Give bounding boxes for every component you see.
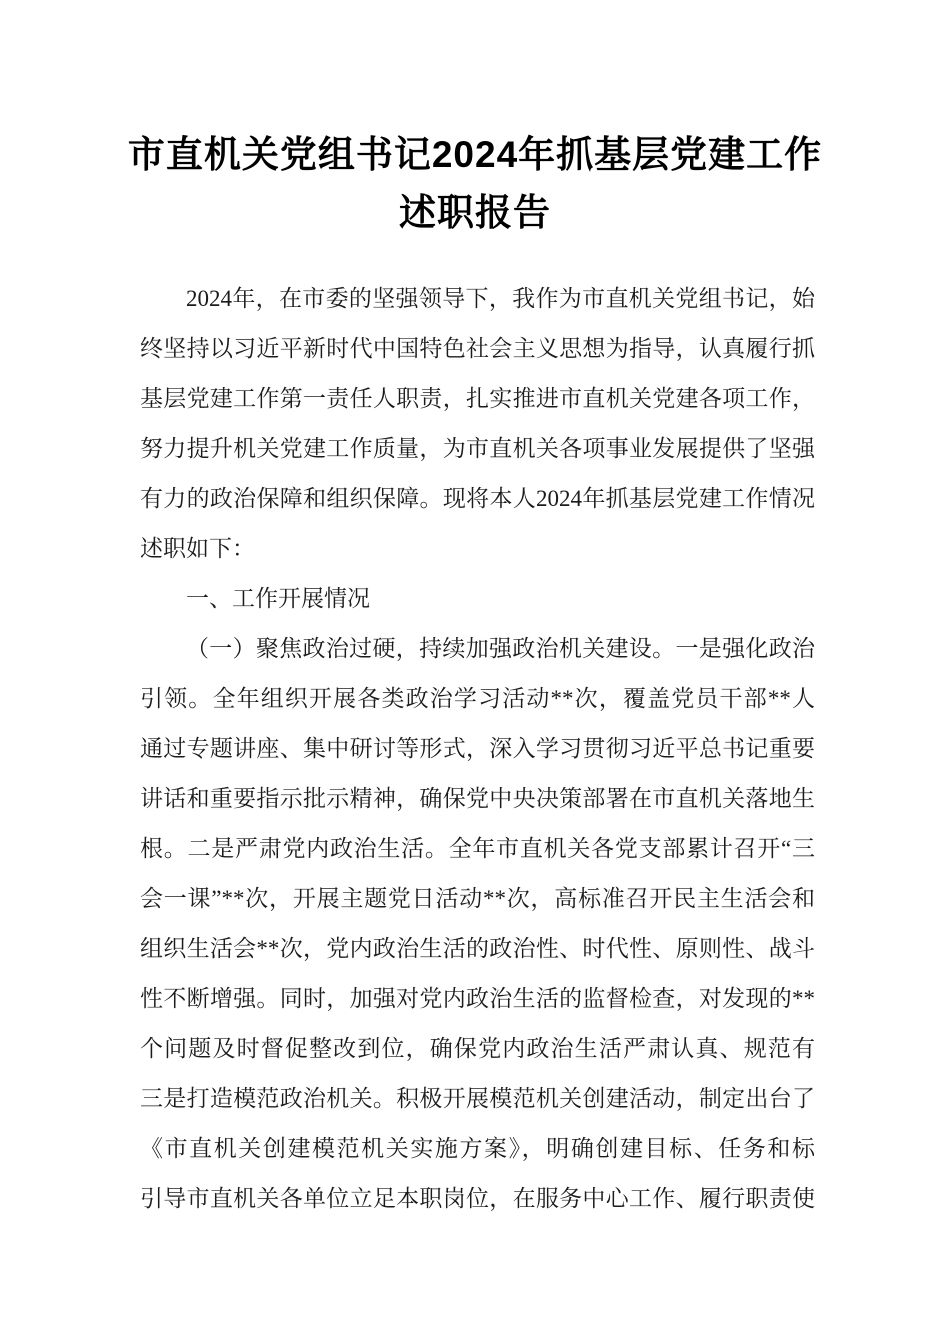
document-line: 基层党建工作第一责任人职责，扎实推进市直机关党建各项工作， [140,374,815,424]
document-line: 2024年，在市委的坚强领导下，我作为市直机关党组书记，始 [140,274,815,324]
document-line: 一、工作开展情况 [140,574,815,624]
document-line: （一）聚焦政治过硬，持续加强政治机关建设。一是强化政治 [140,624,815,674]
paragraph-section-1-heading: 一、工作开展情况 [140,574,815,624]
document-line: 述职如下： [140,524,815,574]
document-line: 组织生活会**次，党内政治生活的政治性、时代性、原则性、战斗 [140,924,815,974]
document-line: 有力的政治保障和组织保障。现将本人2024年抓基层党建工作情况 [140,474,815,524]
document-line: 个问题及时督促整改到位，确保党内政治生活严肃认真、规范有序。 [140,1024,815,1074]
document-line: 根。二是严肃党内政治生活。全年市直机关各党支部累计召开“三 [140,824,815,874]
paragraph-section-1-1: （一）聚焦政治过硬，持续加强政治机关建设。一是强化政治引领。全年组织开展各类政治… [140,624,815,1224]
document-line: 会一课”**次，开展主题党日活动**次，高标准召开民主生活会和 [140,874,815,924]
document-line: 努力提升机关党建工作质量，为市直机关各项事业发展提供了坚强 [140,424,815,474]
document-line: 引导市直机关各单位立足本职岗位，在服务中心工作、履行职责使 [140,1174,815,1224]
document-body: 2024年，在市委的坚强领导下，我作为市直机关党组书记，始终坚持以习近平新时代中… [140,274,815,1224]
document-line: 性不断增强。同时，加强对党内政治生活的监督检查，对发现的** [140,974,815,1024]
document-line: 引领。全年组织开展各类政治学习活动**次，覆盖党员干部**人次， [140,674,815,724]
document-line: 终坚持以习近平新时代中国特色社会主义思想为指导，认真履行抓 [140,324,815,374]
title-line-2: 述职报告 [75,184,875,242]
document-line: 三是打造模范政治机关。积极开展模范机关创建活动，制定出台了 [140,1074,815,1124]
document-line: 《市直机关创建模范机关实施方案》，明确创建目标、任务和标准， [140,1124,815,1174]
document-line: 通过专题讲座、集中研讨等形式，深入学习贯彻习近平总书记重要 [140,724,815,774]
document-title: 市直机关党组书记2024年抓基层党建工作 述职报告 [0,0,950,242]
document-line: 讲话和重要指示批示精神，确保党中央决策部署在市直机关落地生 [140,774,815,824]
paragraph-intro: 2024年，在市委的坚强领导下，我作为市直机关党组书记，始终坚持以习近平新时代中… [140,274,815,574]
title-line-1: 市直机关党组书记2024年抓基层党建工作 [75,126,875,184]
document-page: 市直机关党组书记2024年抓基层党建工作 述职报告 2024年，在市委的坚强领导… [0,0,950,1344]
